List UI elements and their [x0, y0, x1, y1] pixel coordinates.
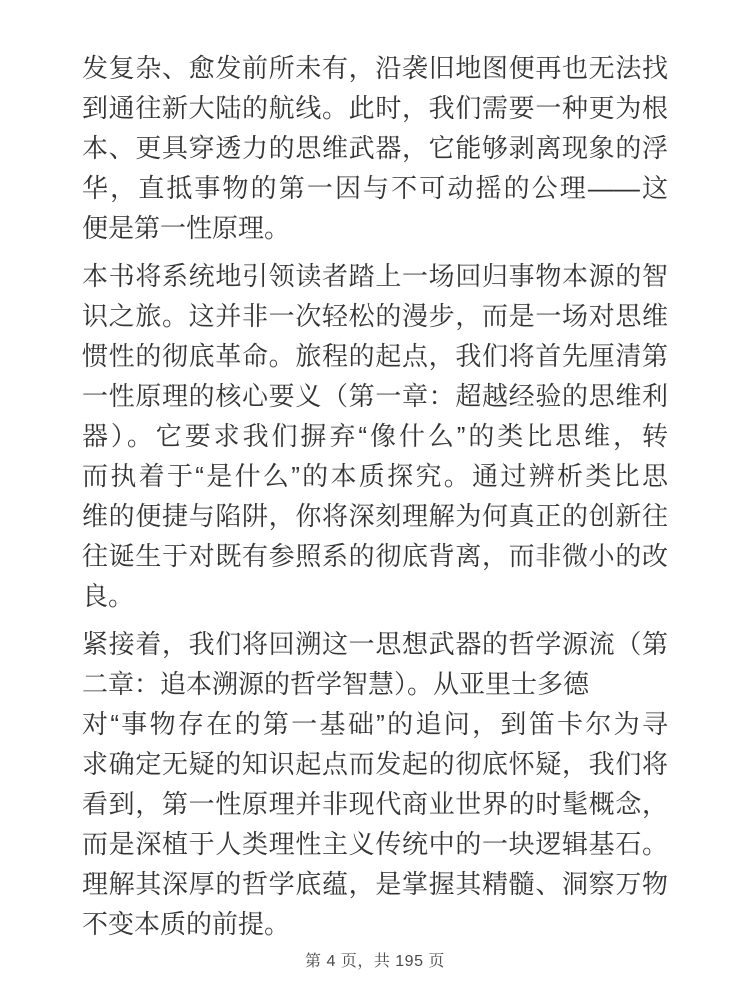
paragraph-3: 紧接着，我们将回溯这一思想武器的哲学源流（第二章：追本溯源的哲学智慧）。从亚里士…	[82, 624, 668, 944]
text-line: 惯性的彻底革命。旅程的起点，我们将首先厘清第	[82, 336, 668, 376]
text-line: 本、更具穿透力的思维武器，它能够剥离现象的浮	[82, 128, 668, 168]
text-line: 紧接着，我们将回溯这一思想武器的哲学源流（第	[82, 624, 668, 664]
body-text: 发复杂、愈发前所未有，沿袭旧地图便再也无法找到通往新大陆的航线。此时，我们需要一…	[82, 48, 668, 972]
text-line: 不变本质的前提。	[82, 904, 668, 944]
text-line: 理解其深厚的哲学底蕴，是掌握其精髓、洞察万物	[82, 864, 668, 904]
text-line: 求确定无疑的知识起点而发起的彻底怀疑，我们将	[82, 744, 668, 784]
text-line: 器）。它要求我们摒弃“像什么”的类比思维，转	[82, 416, 668, 456]
text-line: 对“事物存在的第一基础”的追问，到笛卡尔为寻	[82, 704, 668, 744]
text-line: 而是深植于人类理性主义传统中的一块逻辑基石。	[82, 824, 668, 864]
text-line: 而执着于“是什么”的本质探究。通过辨析类比思	[82, 456, 668, 496]
text-line: 看到，第一性原理并非现代商业世界的时髦概念，	[82, 784, 668, 824]
text-line: 华，直抵事物的第一因与不可动摇的公理——这	[82, 168, 668, 208]
text-line: 到通往新大陆的航线。此时，我们需要一种更为根	[82, 88, 668, 128]
page-number-footer: 第 4 页，共 195 页	[82, 952, 668, 972]
text-line: 二章：追本溯源的哲学智慧）。从亚里士多德	[82, 664, 668, 704]
text-line: 往诞生于对既有参照系的彻底背离，而非微小的改	[82, 536, 668, 576]
text-line: 发复杂、愈发前所未有，沿袭旧地图便再也无法找	[82, 48, 668, 88]
text-line: 便是第一性原理。	[82, 208, 668, 248]
text-line: 维的便捷与陷阱，你将深刻理解为何真正的创新往	[82, 496, 668, 536]
text-line: 良。	[82, 576, 668, 616]
document-page: 发复杂、愈发前所未有，沿袭旧地图便再也无法找到通往新大陆的航线。此时，我们需要一…	[0, 0, 750, 1000]
text-line: 一性原理的核心要义（第一章：超越经验的思维利	[82, 376, 668, 416]
text-line: 识之旅。这并非一次轻松的漫步，而是一场对思维	[82, 296, 668, 336]
text-line: 本书将系统地引领读者踏上一场回归事物本源的智	[82, 256, 668, 296]
paragraph-1: 发复杂、愈发前所未有，沿袭旧地图便再也无法找到通往新大陆的航线。此时，我们需要一…	[82, 48, 668, 248]
paragraph-2: 本书将系统地引领读者踏上一场回归事物本源的智识之旅。这并非一次轻松的漫步，而是一…	[82, 256, 668, 616]
